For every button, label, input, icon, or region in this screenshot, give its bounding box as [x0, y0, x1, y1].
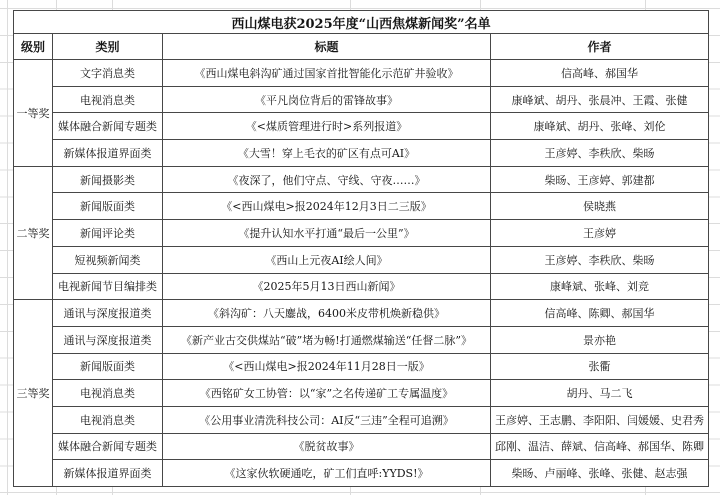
category-cell: 新媒体报道界面类: [53, 460, 163, 487]
category-cell: 电视消息类: [53, 86, 163, 113]
category-cell: 通讯与深度报道类: [53, 300, 163, 327]
awards-table: 西山煤电获2025年度“山西焦煤新闻奖”名单 级别 类别 标题 作者 一等奖文字…: [13, 10, 709, 487]
category-cell: 电视新闻节目编排类: [53, 273, 163, 300]
authors-cell: 王彦婷、王志鹏、李阳阳、闫媛媛、史君秀: [491, 406, 709, 433]
authors-cell: 王彦婷、李秩欣、柴旸: [491, 246, 709, 273]
authors-cell: 王彦婷、李秩欣、柴旸: [491, 140, 709, 167]
authors-cell: 张衢: [491, 353, 709, 380]
level-cell: 二等奖: [14, 166, 53, 299]
table-row: 媒体融合新闻专题类《脱贫故事》邱刚、温洁、薛斌、信高峰、郝国华、陈卿: [14, 433, 709, 460]
table-row: 媒体融合新闻专题类《<煤质管理进行时>系列报道》康峰斌、胡丹、张峰、刘伦: [14, 113, 709, 140]
headline-cell: 《公用事业清洗科技公司：AI反“三违”全程可追溯》: [163, 406, 491, 433]
table-row: 新媒体报道界面类《这家伙软硬通吃，矿工们直呼:YYDS!》柴旸、卢丽峰、张峰、张…: [14, 460, 709, 487]
level-cell: 一等奖: [14, 60, 53, 167]
authors-cell: 康峰斌、张峰、刘竞: [491, 273, 709, 300]
table-row: 电视消息类《西铭矿女工协管：以“家”之名传递矿工专属温度》胡丹、马二飞: [14, 380, 709, 407]
column-header-headline: 标题: [163, 34, 491, 60]
category-cell: 文字消息类: [53, 60, 163, 87]
category-cell: 新闻摄影类: [53, 166, 163, 193]
table-row: 新媒体报道界面类《大雪！穿上毛衣的矿区有点可AI》王彦婷、李秩欣、柴旸: [14, 140, 709, 167]
table-row: 一等奖文字消息类《西山煤电斜沟矿通过国家首批智能化示范矿井验收》信高峰、郝国华: [14, 60, 709, 87]
headline-cell: 《夜深了，他们守点、守线、守夜……》: [163, 166, 491, 193]
title-row: 西山煤电获2025年度“山西焦煤新闻奖”名单: [14, 11, 709, 34]
page: { "title": "西山煤电获2025年度“山西焦煤新闻奖”名单", "co…: [0, 0, 720, 495]
level-cell: 三等奖: [14, 300, 53, 487]
category-cell: 新闻版面类: [53, 353, 163, 380]
awards-table-head: 西山煤电获2025年度“山西焦煤新闻奖”名单 级别 类别 标题 作者: [14, 11, 709, 60]
table-row: 新闻评论类《提升认知水平打通“最后一公里”》王彦婷: [14, 220, 709, 247]
category-cell: 电视消息类: [53, 406, 163, 433]
authors-cell: 柴旸、卢丽峰、张峰、张健、赵志强: [491, 460, 709, 487]
headline-cell: 《这家伙软硬通吃，矿工们直呼:YYDS!》: [163, 460, 491, 487]
category-cell: 短视频新闻类: [53, 246, 163, 273]
table-row: 二等奖新闻摄影类《夜深了，他们守点、守线、守夜……》柴旸、王彦婷、郭建都: [14, 166, 709, 193]
headline-cell: 《<煤质管理进行时>系列报道》: [163, 113, 491, 140]
table-row: 电视消息类《平凡岗位背后的雷锋故事》康峰斌、胡丹、张晨冲、王霞、张健: [14, 86, 709, 113]
category-cell: 新闻版面类: [53, 193, 163, 220]
column-header-authors: 作者: [491, 34, 709, 60]
headline-cell: 《<西山煤电>报2024年12月3日二三版》: [163, 193, 491, 220]
headline-cell: 《斜沟矿：八天鏖战，6400米皮带机焕新稳供》: [163, 300, 491, 327]
authors-cell: 柴旸、王彦婷、郭建都: [491, 166, 709, 193]
authors-cell: 景亦艳: [491, 326, 709, 353]
headline-cell: 《脱贫故事》: [163, 433, 491, 460]
headline-cell: 《<西山煤电>报2024年11月28日一版》: [163, 353, 491, 380]
headline-cell: 《新产业古交供煤站“破”堵为畅!打通燃煤输送“任督二脉”》: [163, 326, 491, 353]
table-row: 电视新闻节目编排类《2025年5月13日西山新闻》康峰斌、张峰、刘竞: [14, 273, 709, 300]
awards-table-body: 一等奖文字消息类《西山煤电斜沟矿通过国家首批智能化示范矿井验收》信高峰、郝国华电…: [14, 60, 709, 487]
table-row: 通讯与深度报道类《新产业古交供煤站“破”堵为畅!打通燃煤输送“任督二脉”》景亦艳: [14, 326, 709, 353]
authors-cell: 侯晓燕: [491, 193, 709, 220]
table-row: 新闻版面类《<西山煤电>报2024年11月28日一版》张衢: [14, 353, 709, 380]
authors-cell: 信高峰、陈卿、郝国华: [491, 300, 709, 327]
authors-cell: 信高峰、郝国华: [491, 60, 709, 87]
category-cell: 新闻评论类: [53, 220, 163, 247]
table-row: 电视消息类《公用事业清洗科技公司：AI反“三违”全程可追溯》王彦婷、王志鹏、李阳…: [14, 406, 709, 433]
category-cell: 媒体融合新闻专题类: [53, 113, 163, 140]
authors-cell: 邱刚、温洁、薛斌、信高峰、郝国华、陈卿: [491, 433, 709, 460]
authors-cell: 康峰斌、胡丹、张晨冲、王霞、张健: [491, 86, 709, 113]
category-cell: 通讯与深度报道类: [53, 326, 163, 353]
background-gridline-vertical: [7, 0, 8, 495]
headline-cell: 《2025年5月13日西山新闻》: [163, 273, 491, 300]
table-row: 三等奖通讯与深度报道类《斜沟矿：八天鏖战，6400米皮带机焕新稳供》信高峰、陈卿…: [14, 300, 709, 327]
page-title: 西山煤电获2025年度“山西焦煤新闻奖”名单: [14, 11, 709, 34]
column-header-category: 类别: [53, 34, 163, 60]
category-cell: 电视消息类: [53, 380, 163, 407]
headline-cell: 《平凡岗位背后的雷锋故事》: [163, 86, 491, 113]
authors-cell: 康峰斌、胡丹、张峰、刘伦: [491, 113, 709, 140]
header-row: 级别 类别 标题 作者: [14, 34, 709, 60]
category-cell: 媒体融合新闻专题类: [53, 433, 163, 460]
headline-cell: 《大雪！穿上毛衣的矿区有点可AI》: [163, 140, 491, 167]
category-cell: 新媒体报道界面类: [53, 140, 163, 167]
headline-cell: 《西铭矿女工协管：以“家”之名传递矿工专属温度》: [163, 380, 491, 407]
headline-cell: 《提升认知水平打通“最后一公里”》: [163, 220, 491, 247]
table-row: 短视频新闻类《西山上元夜AI绘人间》王彦婷、李秩欣、柴旸: [14, 246, 709, 273]
authors-cell: 胡丹、马二飞: [491, 380, 709, 407]
headline-cell: 《西山煤电斜沟矿通过国家首批智能化示范矿井验收》: [163, 60, 491, 87]
authors-cell: 王彦婷: [491, 220, 709, 247]
column-header-level: 级别: [14, 34, 53, 60]
table-row: 新闻版面类《<西山煤电>报2024年12月3日二三版》侯晓燕: [14, 193, 709, 220]
headline-cell: 《西山上元夜AI绘人间》: [163, 246, 491, 273]
